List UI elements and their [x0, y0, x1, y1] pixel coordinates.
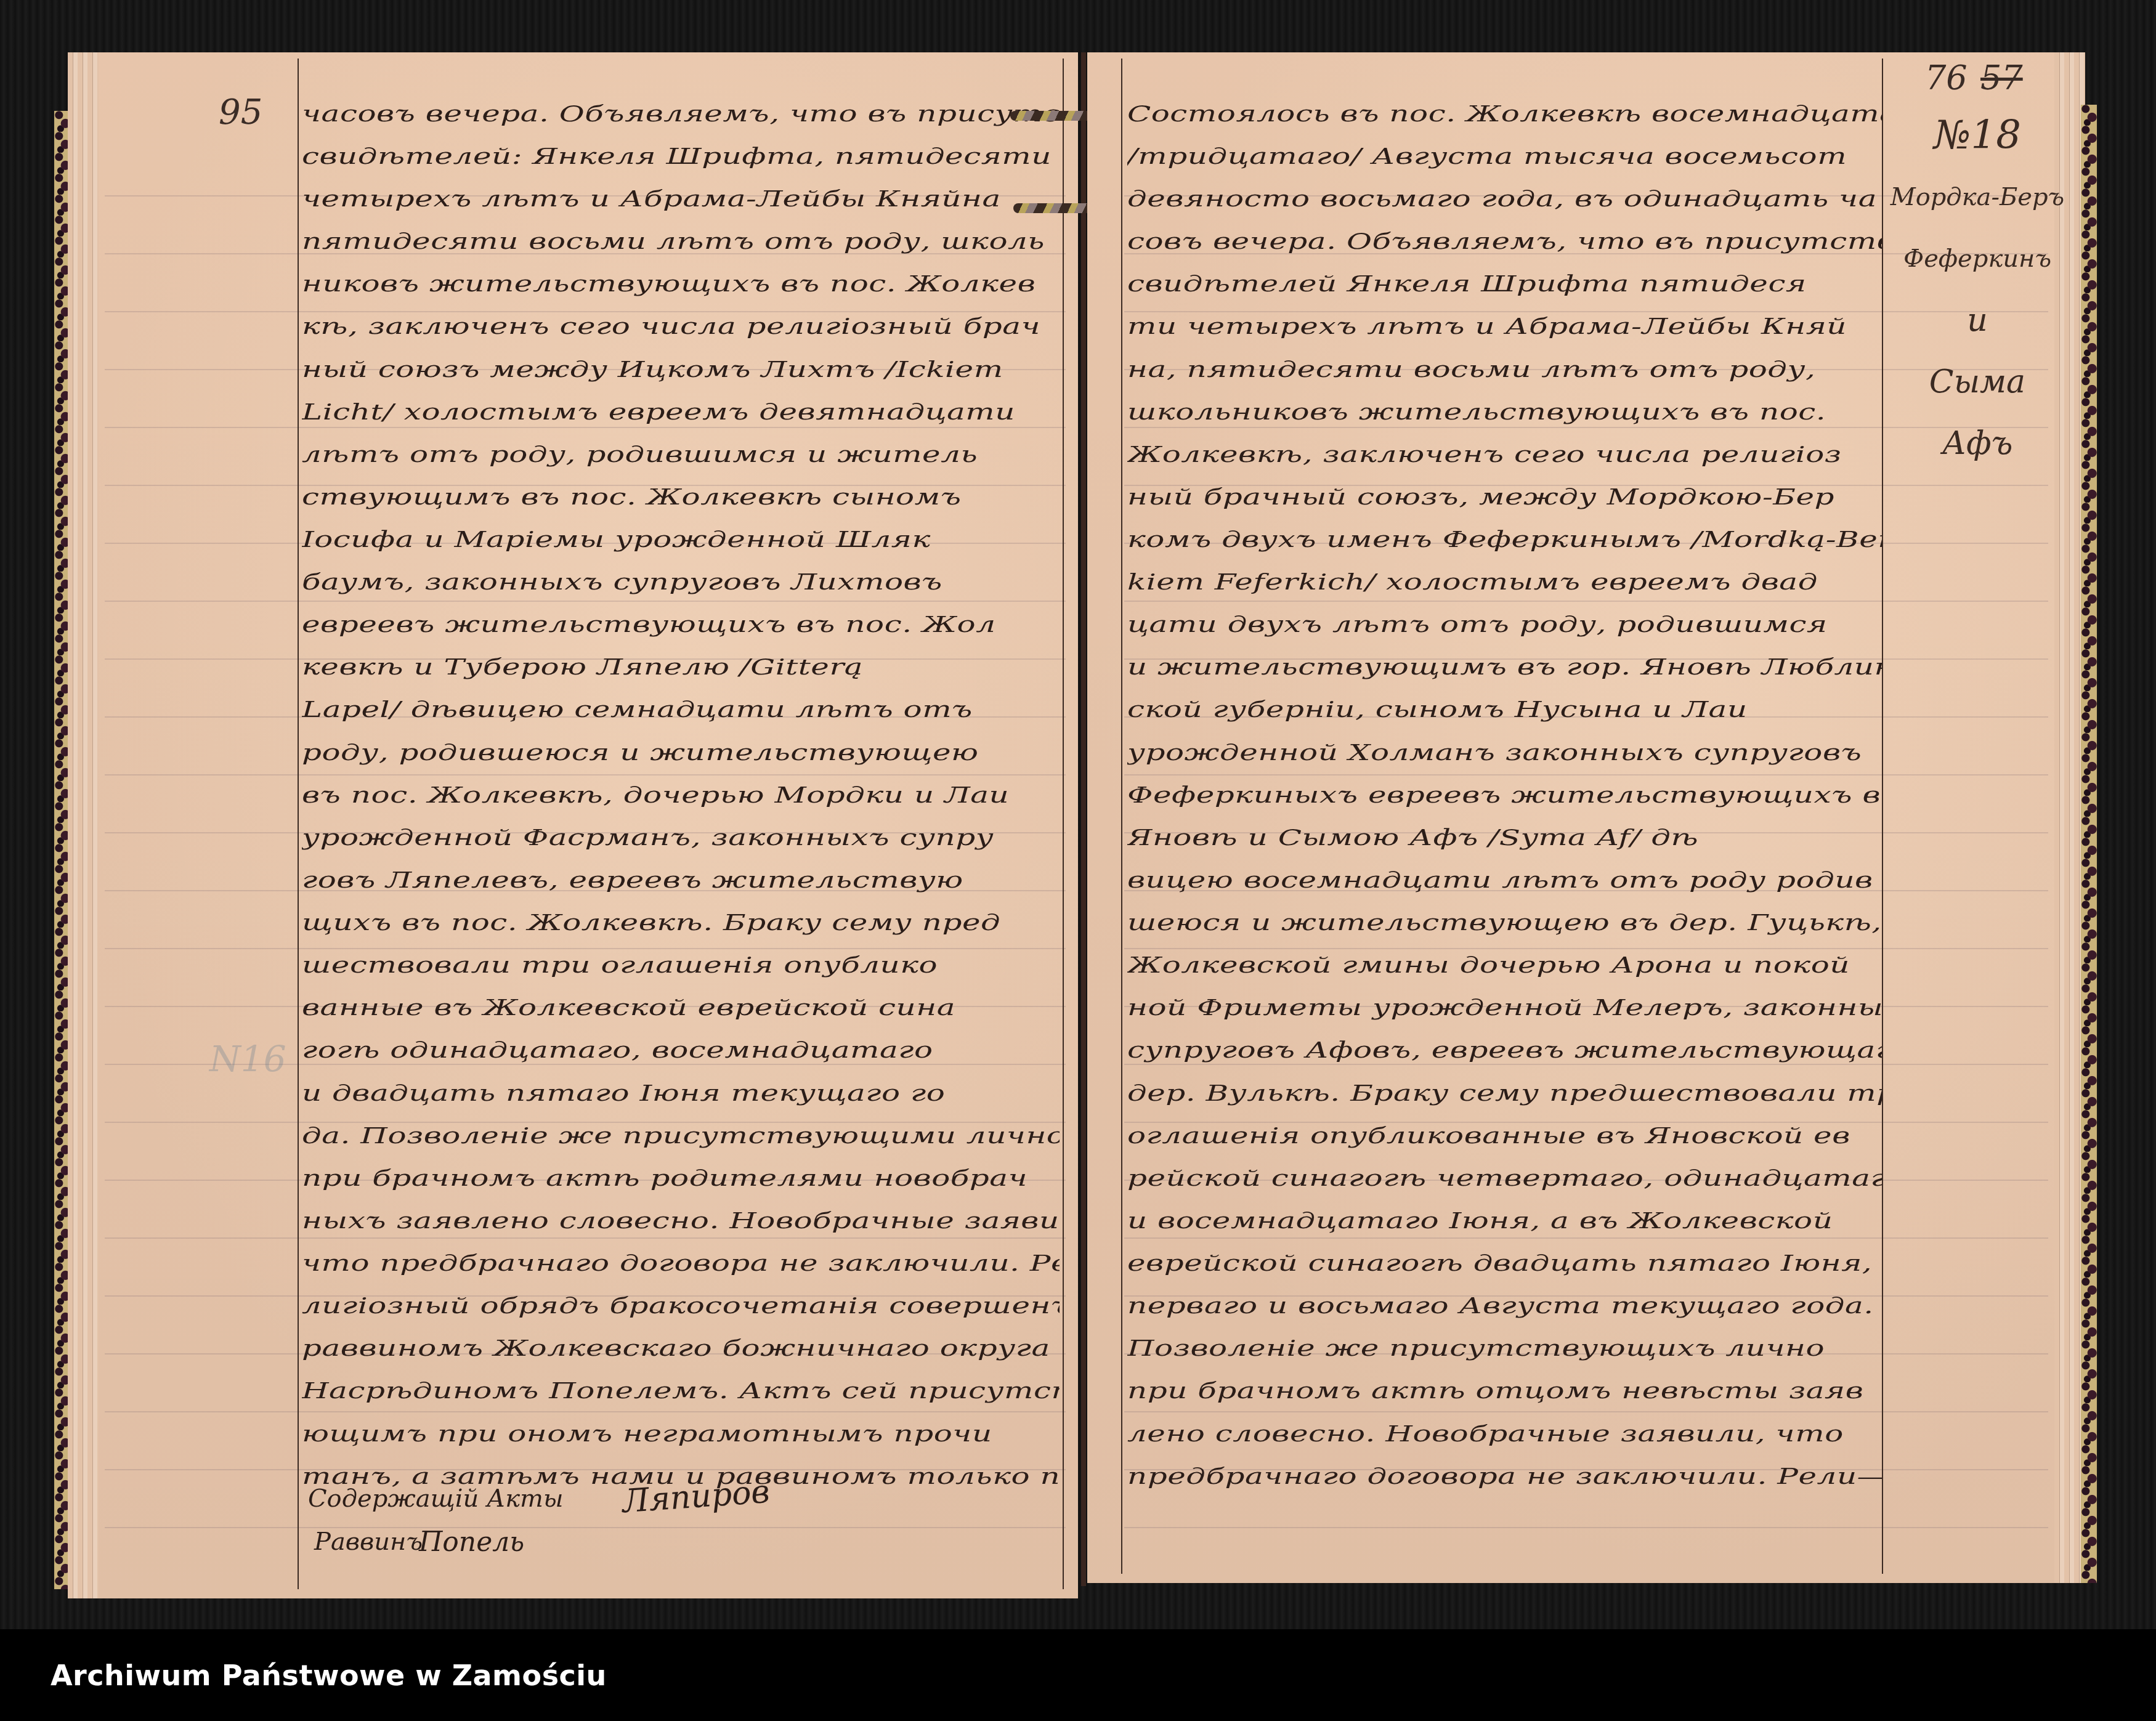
text-line: лѣтъ отъ роду, родившимся и житель: [302, 433, 1060, 476]
text-line: ющимъ при ономъ неграмотнымъ прочи: [302, 1412, 1060, 1455]
right-page-text: Состоялось въ пос. Жолкевкѣ восемнадцата…: [1127, 92, 1882, 1497]
margin-name-line: Афъ: [1885, 413, 2070, 474]
text-line: Феферкиныхъ евреевъ жительствующихъ въ г…: [1127, 774, 1882, 816]
text-line: шествовали три оглашенія опублико: [302, 944, 1060, 986]
text-line: четырехъ лѣтъ и Абрама-Лейбы Княйна: [302, 177, 1060, 220]
text-line: вицею восемнадцати лѣтъ отъ роду родив: [1127, 859, 1882, 901]
text-line: при брачномъ актѣ родителями новобрач: [302, 1157, 1060, 1199]
text-line: лигіозный обрядъ бракосочетанія совершен…: [302, 1284, 1060, 1327]
right-inner-rule: [1121, 59, 1122, 1574]
margin-name-line: Сыма: [1885, 351, 2070, 413]
text-line: и восемнадцатаго Іюня, а въ Жолкевской: [1127, 1199, 1882, 1242]
text-line: Жолкевкѣ, заключенъ сего числа религіоз: [1127, 433, 1882, 476]
spine-gutter: [1081, 52, 1086, 1586]
text-line: часовъ вечера. Объявляемъ, что въ присут…: [302, 92, 1060, 135]
right-margin-rule: [1882, 59, 1883, 1574]
margin-name-line: Феферкинъ: [1885, 228, 2070, 290]
text-line: кевкѣ и Туберою Ляпелю /Gitterą: [302, 646, 1060, 689]
text-line: Состоялось въ пос. Жолкевкѣ восемнадцата…: [1127, 92, 1882, 135]
text-line: комъ двухъ именъ Феферкинымъ /Mordką-Ber: [1127, 518, 1882, 561]
text-line: девяносто восьмаго года, въ одинадцать ч…: [1127, 177, 1882, 220]
left-outer-rule: [1063, 59, 1064, 1589]
text-line: перваго и восьмаго Августа текущаго года…: [1127, 1284, 1882, 1327]
margin-name-line: Мордка-Беръ: [1885, 166, 2070, 228]
registrar-label: Содержащій Акты: [308, 1484, 564, 1513]
text-line: урожденной Холманъ законныхъ супруговъ: [1127, 731, 1882, 774]
rabbi-signature: Попель: [419, 1526, 524, 1558]
text-line: и жительствующимъ въ гор. Яновѣ Люблин: [1127, 646, 1882, 689]
text-line: роду, родившеюся и жительствующею: [302, 731, 1060, 774]
text-line: ской губерніи, сыномъ Нусына и Лаи: [1127, 689, 1882, 731]
text-line: Позволеніе же присутствующихъ лично: [1127, 1327, 1882, 1369]
text-line: совъ вечера. Объявляемъ, что въ присутст…: [1127, 220, 1882, 262]
text-line: супруговъ Афовъ, евреевъ жительствующаго…: [1127, 1029, 1882, 1072]
text-line: kiem Feferkich/ холостымъ евреемъ двад: [1127, 561, 1882, 603]
text-line: говъ Ляпелевъ, евреевъ жительствую: [302, 859, 1060, 901]
text-line: /тридцатаго/ Августа тысяча восемьсот: [1127, 135, 1882, 177]
act-number: №18: [1885, 105, 2070, 166]
text-line: ной Фриметы урожденной Мелеръ, законныхъ: [1127, 987, 1882, 1029]
archive-name: Archiwum Państwowe w Zamościu: [51, 1659, 607, 1692]
text-line: рейской синагогѣ четвертаго, одинадцатаг…: [1127, 1157, 1882, 1199]
text-line: предбрачнаго договора не заключили. Рели…: [1127, 1455, 1882, 1497]
text-line: ствующимъ въ пос. Жолкевкѣ сыномъ: [302, 476, 1060, 518]
right-folio-number: 76: [1925, 59, 1968, 97]
margin-name-line: и: [1885, 290, 2070, 351]
left-folio-number: 95: [219, 92, 262, 132]
struck-folio-number: 57: [1980, 59, 2023, 97]
text-line: Насрѣдиномъ Попелемъ. Актъ сей присутств…: [302, 1370, 1060, 1412]
text-line: Licht/ холостымъ евреемъ девятнадцати: [302, 391, 1060, 433]
text-line: что предбрачнаго договора не заключили. …: [302, 1242, 1060, 1284]
text-line: на, пятидесяти восьми лѣтъ отъ роду,: [1127, 348, 1882, 391]
text-line: Іосифа и Маріемы урожденной Шляк: [302, 518, 1060, 561]
text-line: кѣ, заключенъ сего числа религіозный бра…: [302, 306, 1060, 348]
text-line: свидѣтелей: Янкеля Шрифта, пятидесяти: [302, 135, 1060, 177]
archive-banner: Archiwum Państwowe w Zamościu: [0, 1629, 2156, 1721]
text-line: гогѣ одинадцатаго, восемнадцатаго: [302, 1029, 1060, 1072]
text-line: лено словесно. Новобрачные заявили, что: [1127, 1412, 1882, 1455]
text-line: и двадцать пятаго Іюня текущаго го: [302, 1072, 1060, 1114]
margin-entry: №18 Мордка-Беръ Феферкинъ и Сыма Афъ: [1885, 105, 2070, 474]
text-line: цати двухъ лѣтъ отъ роду, родившимся: [1127, 603, 1882, 646]
text-line: Жолкевской гмины дочерью Арона и покой: [1127, 944, 1882, 986]
text-line: пятидесяти восьми лѣтъ отъ роду, школь: [302, 220, 1060, 262]
text-line: свидѣтелей Янкеля Шрифта пятидеся: [1127, 262, 1882, 305]
text-line: баумъ, законныхъ супруговъ Лихтовъ: [302, 561, 1060, 603]
text-line: никовъ жительствующихъ въ пос. Жолкев: [302, 262, 1060, 305]
right-marbled-edge: [2081, 105, 2097, 1583]
left-margin-rule: [298, 59, 299, 1589]
left-page-text: часовъ вечера. Объявляемъ, что въ присут…: [302, 92, 1060, 1497]
text-line: ный союзъ между Ицкомъ Лихтъ /Ickiem: [302, 348, 1060, 391]
text-line: ный брачный союзъ, между Мордкою-Бер: [1127, 476, 1882, 518]
text-line: Яновѣ и Сымою Афъ /Syma Af/ дѣ: [1127, 816, 1882, 859]
text-line: Lapel/ дѣвицею семнадцати лѣтъ отъ: [302, 689, 1060, 731]
text-line: урожденной Фасрманъ, законныхъ супру: [302, 816, 1060, 859]
text-line: оглашенія опубликованные въ Яновской ев: [1127, 1114, 1882, 1157]
text-line: да. Позволеніе же присутствующими лично: [302, 1114, 1060, 1157]
text-line: шеюся и жительствующею въ дер. Гуцькѣ,: [1127, 901, 1882, 944]
text-line: въ пос. Жолкевкѣ, дочерью Мордки и Лаи: [302, 774, 1060, 816]
rabbi-label: Раввинъ: [314, 1528, 423, 1556]
ghost-margin-mark: N16: [209, 1038, 286, 1080]
text-line: раввиномъ Жолкевскаго божничнаго округа: [302, 1327, 1060, 1369]
text-line: школьниковъ жительствующихъ въ пос.: [1127, 391, 1882, 433]
text-line: при брачномъ актѣ отцомъ невѣсты заяв: [1127, 1370, 1882, 1412]
text-line: ванные въ Жолкевской еврейской сина: [302, 987, 1060, 1029]
text-line: еврейской синагогѣ двадцать пятаго Іюня,: [1127, 1242, 1882, 1284]
text-line: евреевъ жительствующихъ въ пос. Жол: [302, 603, 1060, 646]
text-line: дер. Вулькѣ. Браку сему предшествовали т…: [1127, 1072, 1882, 1114]
left-page-stack-edge: [68, 52, 99, 1598]
text-line: ти четырехъ лѣтъ и Абрама-Лейбы Княй: [1127, 306, 1882, 348]
text-line: щихъ въ пос. Жолкевкѣ. Браку сему пред: [302, 901, 1060, 944]
text-line: ныхъ заявлено словесно. Новобрачные заяв…: [302, 1199, 1060, 1242]
